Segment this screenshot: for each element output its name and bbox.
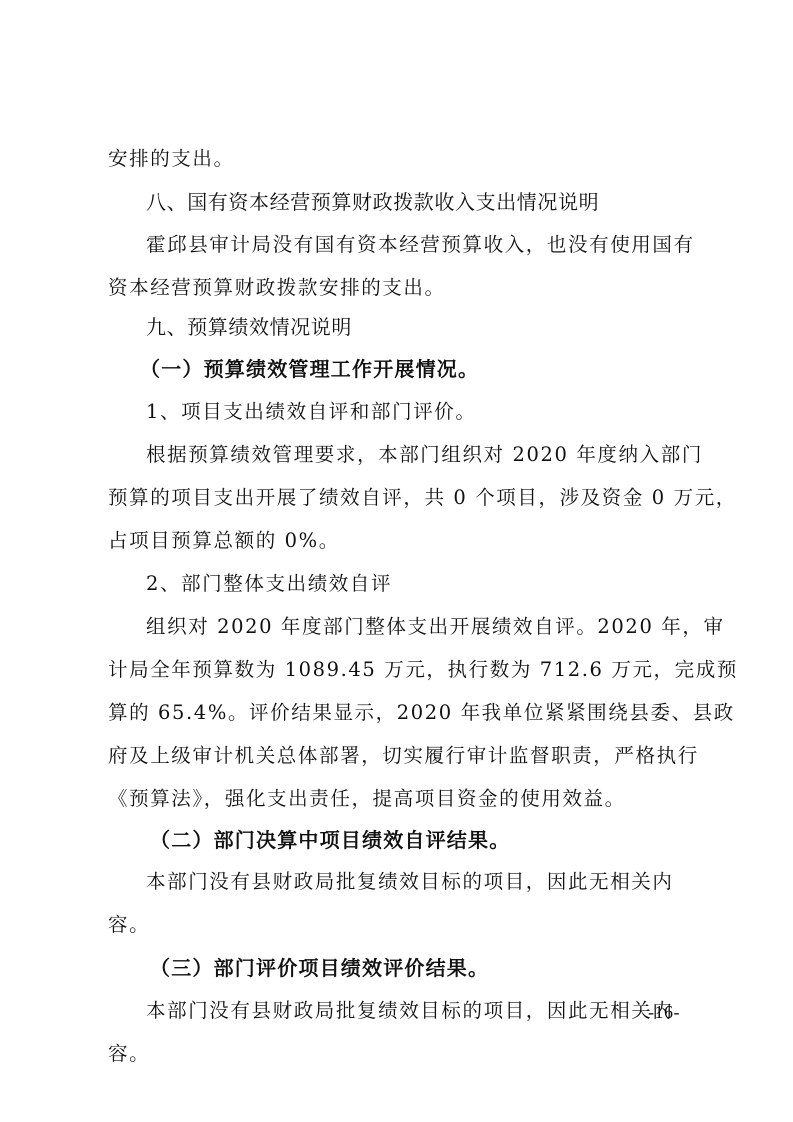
paragraph-no-projects-1-cont: 容。 [108, 912, 698, 938]
page-number: -16- [648, 1000, 680, 1024]
document-page: 安排的支出。 八、国有资本经营预算财政拨款收入支出情况说明 霍邱县审计局没有国有… [0, 0, 793, 1122]
paragraph-state-capital-budget: 霍邱县审计局没有国有资本经营预算收入，也没有使用国有 [146, 232, 698, 258]
item-heading-2: 2、部门整体支出绩效自评 [146, 571, 698, 597]
subheading-2: （二）部门决算中项目绩效自评结果。 [150, 827, 702, 853]
section-heading-9: 九、预算绩效情况说明 [146, 314, 698, 340]
paragraph-project-self-eval-cont2: 占项目预算总额的 0%。 [108, 528, 698, 554]
paragraph-no-projects-1: 本部门没有县财政局批复绩效目标的项目，因此无相关内 [146, 869, 698, 895]
paragraph-state-capital-budget-cont: 资本经营预算财政拨款安排的支出。 [108, 275, 698, 301]
body-text-continuation: 安排的支出。 [108, 146, 698, 172]
paragraph-dept-overall-eval-cont4: 《预算法》，强化支出责任，提高项目资金的使用效益。 [108, 786, 698, 812]
paragraph-project-self-eval-cont1: 预算的项目支出开展了绩效自评，共 0 个项目，涉及资金 0 万元， [108, 485, 698, 511]
paragraph-dept-overall-eval: 组织对 2020 年度部门整体支出开展绩效自评。2020 年，审 [146, 614, 698, 640]
paragraph-dept-overall-eval-cont3: 府及上级审计机关总体部署，切实履行审计监督职责，严格执行 [108, 743, 698, 769]
paragraph-dept-overall-eval-cont1: 计局全年预算数为 1089.45 万元，执行数为 712.6 万元，完成预 [108, 657, 698, 683]
paragraph-project-self-eval: 根据预算绩效管理要求，本部门组织对 2020 年度纳入部门 [146, 442, 698, 468]
paragraph-no-projects-2-cont: 容。 [108, 1041, 698, 1067]
paragraph-no-projects-2: 本部门没有县财政局批复绩效目标的项目，因此无相关内 [146, 998, 698, 1024]
subheading-1: （一）预算绩效管理工作开展情况。 [140, 356, 692, 382]
section-heading-8: 八、国有资本经营预算财政拨款收入支出情况说明 [146, 189, 698, 215]
item-heading-1: 1、项目支出绩效自评和部门评价。 [146, 399, 698, 425]
subheading-3: （三）部门评价项目绩效评价结果。 [150, 955, 702, 981]
paragraph-dept-overall-eval-cont2: 算的 65.4%。评价结果显示，2020 年我单位紧紧围绕县委、县政 [108, 700, 698, 726]
